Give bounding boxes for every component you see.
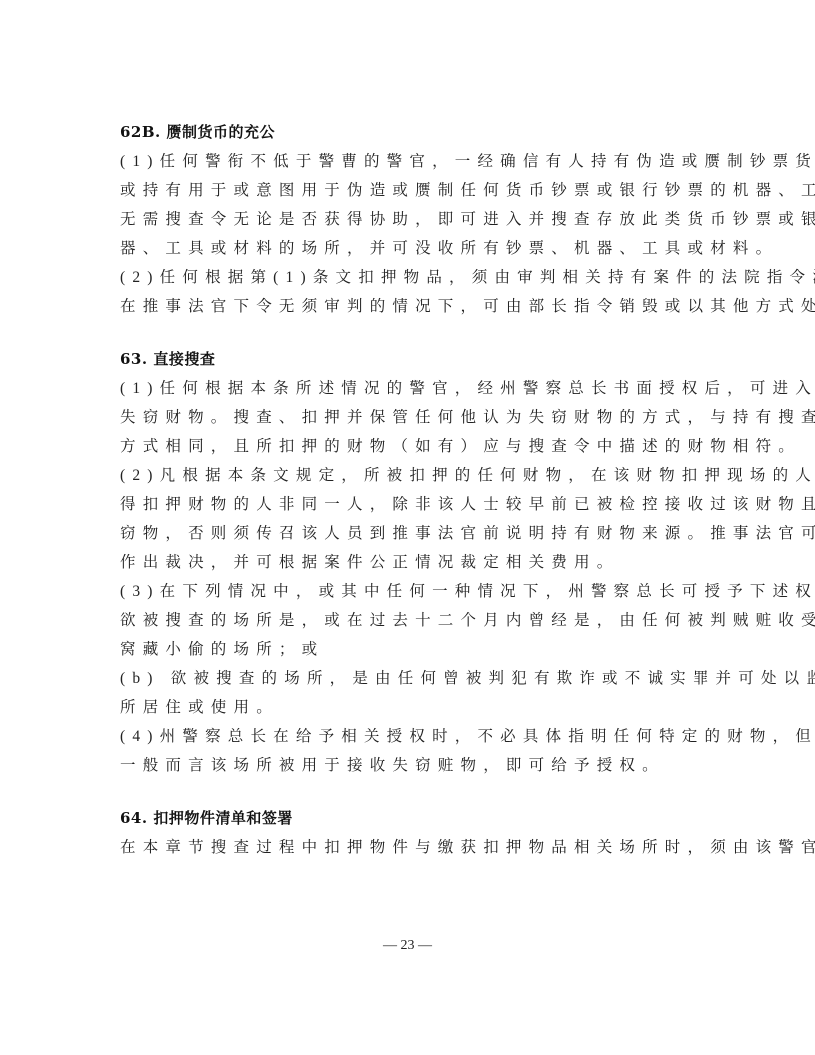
section-body: (1)任何警衔不低于警曹的警官，一经确信有人持有伪造或赝制钞票货币或银行钞票， … <box>120 147 713 321</box>
text-line: 欲被搜查的场所是，或在过去十二个月内曾经是，由任何被判贼赃收受罪犯居住或 <box>120 606 713 635</box>
text-line: 方式相同，且所扣押的财物（如有）应与搜查令中描述的财物相符。 <box>120 432 713 461</box>
text-line: (b) 欲被搜查的场所，是由任何曾被判犯有欺诈或不诚实罪并可处以监禁罪行的人 <box>120 664 713 693</box>
document-page: 62B. 赝制货币的充公 (1)任何警衔不低于警曹的警官，一经确信有人持有伪造或… <box>120 118 706 886</box>
text-line: 窝藏小偷的场所；或 <box>120 635 713 664</box>
text-line: (1)任何根据本条所述情况的警官，经州警察总长书面授权后，可进入任何场所搜寻 <box>120 374 713 403</box>
text-line: 在本章节搜查过程中扣押物件与缴获扣押物品相关场所时，须由该警官或其他相关 <box>120 833 713 862</box>
text-line: 或持有用于或意图用于伪造或赝制任何货币钞票或银行钞票的机器、工具或材料时， <box>120 176 713 205</box>
section-63: 63. 直接搜查 (1)任何根据本条所述情况的警官，经州警察总长书面授权后，可进… <box>120 345 706 780</box>
section-body: (1)任何根据本条所述情况的警官，经州警察总长书面授权后，可进入任何场所搜寻 失… <box>120 374 713 780</box>
section-heading: 62B. 赝制货币的充公 <box>120 118 706 147</box>
text-line: 无需搜查令无论是否获得协助，即可进入并搜查存放此类货币钞票或银行钞票或机 <box>120 205 713 234</box>
text-line: 窃物，否则须传召该人员到推事法官前说明持有财物来源。推事法官可就财物处置 <box>120 519 713 548</box>
section-heading: 63. 直接搜查 <box>120 345 706 374</box>
text-line: (2)凡根据本条文规定，所被扣押的任何财物，在该财物扣押现场的人或从他身上取 <box>120 461 713 490</box>
page-number: — 23 — <box>0 938 815 954</box>
text-line: 得扣押财物的人非同一人，除非该人士较早前已被检控接收过该财物且明知其为失 <box>120 490 713 519</box>
text-line: (2)任何根据第(1)条文扣押物品，须由审判相关持有案件的法院指令没收与销毁，或 <box>120 263 713 292</box>
text-line: 在推事法官下令无须审判的情况下，可由部长指令销毁或以其他方式处置。 <box>120 292 713 321</box>
text-line: 一般而言该场所被用于接收失窃赃物，即可给予授权。 <box>120 751 713 780</box>
section-body: 在本章节搜查过程中扣押物件与缴获扣押物品相关场所时，须由该警官或其他相关 <box>120 833 713 862</box>
text-line: (3)在下列情况中，或其中任何一种情况下，州警察总长可授予下述权限： <box>120 577 713 606</box>
text-line: (1)任何警衔不低于警曹的警官，一经确信有人持有伪造或赝制钞票货币或银行钞票， <box>120 147 713 176</box>
section-62b: 62B. 赝制货币的充公 (1)任何警衔不低于警曹的警官，一经确信有人持有伪造或… <box>120 118 706 321</box>
text-line: 作出裁决，并可根据案件公正情况裁定相关费用。 <box>120 548 713 577</box>
text-line: 所居住或使用。 <box>120 693 713 722</box>
section-64: 64. 扣押物件清单和签署 在本章节搜查过程中扣押物件与缴获扣押物品相关场所时，… <box>120 804 706 862</box>
text-line: 器、工具或材料的场所，并可没收所有钞票、机器、工具或材料。 <box>120 234 713 263</box>
text-line: (4)州警察总长在给予相关授权时，不必具体指明任何特定的财物，但如有理由相信 <box>120 722 713 751</box>
text-line: 失窃财物。搜查、扣押并保管任何他认为失窃财物的方式，与持有搜查令时的授权 <box>120 403 713 432</box>
section-heading: 64. 扣押物件清单和签署 <box>120 804 706 833</box>
